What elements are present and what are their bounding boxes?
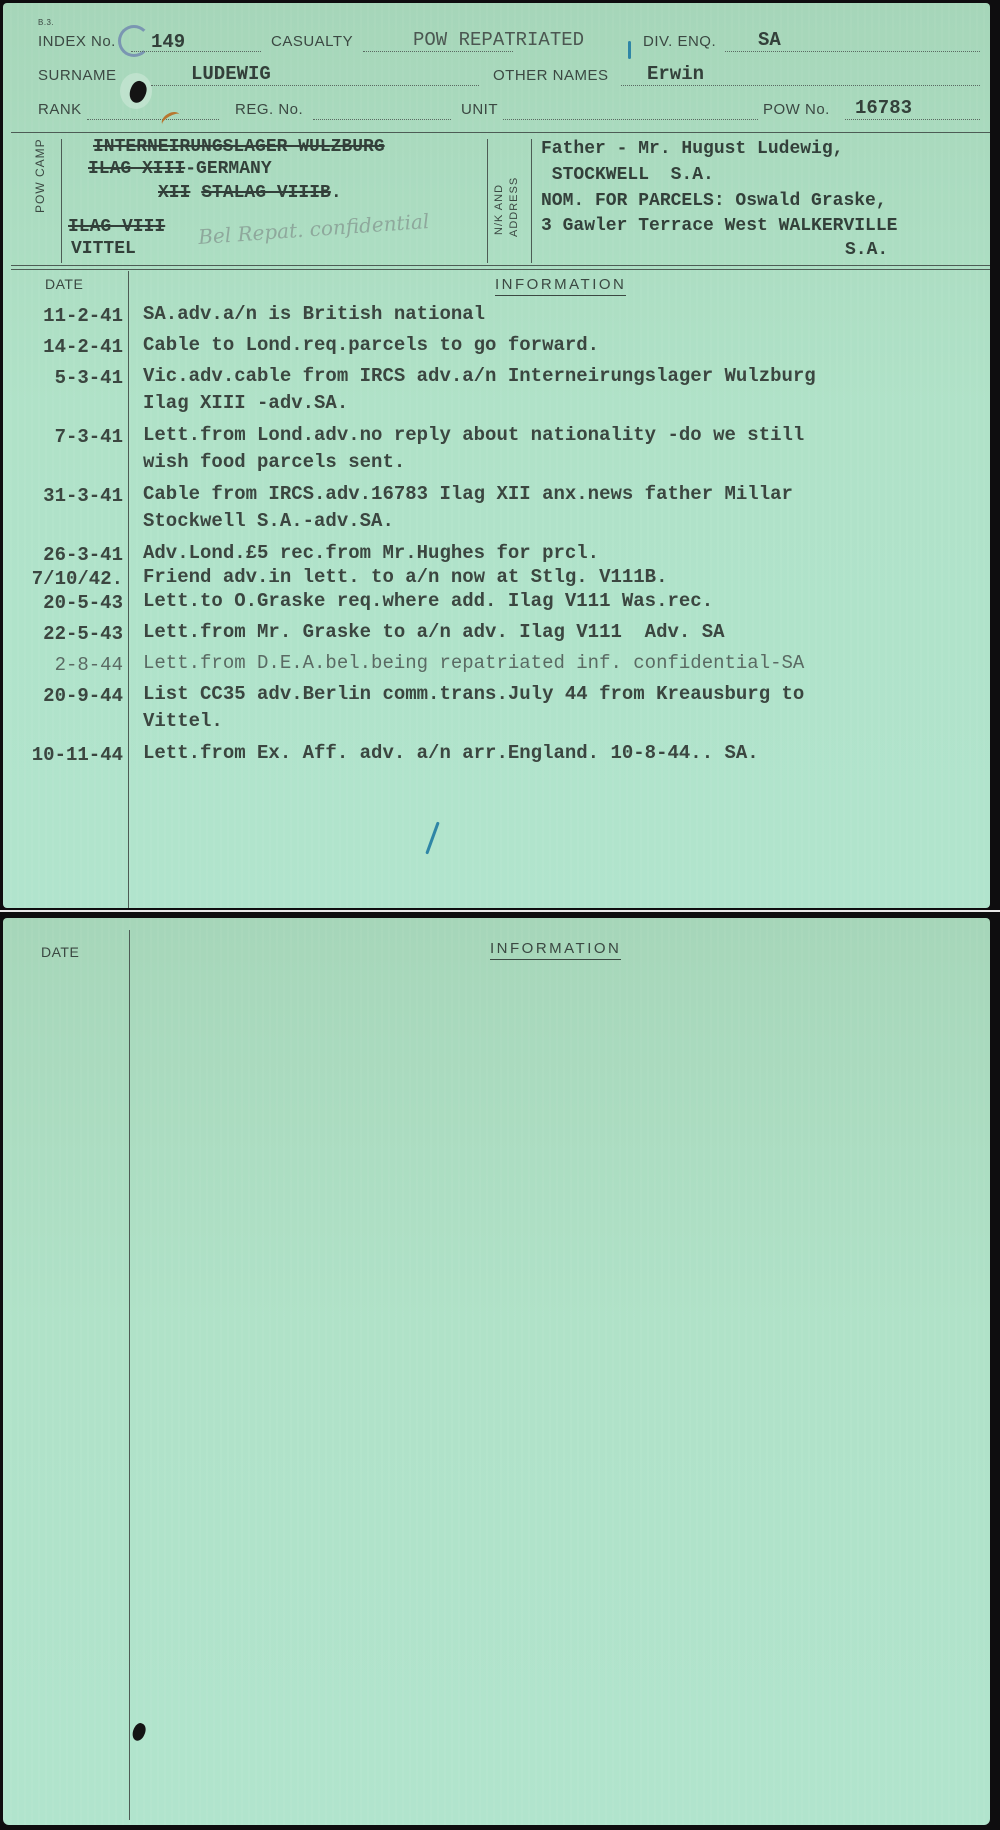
log-entry-text: Lett.from Lond.adv.no reply about nation… (143, 422, 804, 476)
section-divider-3 (11, 269, 990, 270)
casualty-label: CASUALTY (271, 33, 353, 50)
pow-camp-line-2-struck: ILAG XIII (88, 159, 185, 179)
section-divider (11, 132, 990, 133)
blue-pen-stroke (425, 822, 439, 855)
div-enq-dotted-line (725, 51, 980, 52)
log-entry-text: SA.adv.a/n is British national (143, 301, 485, 328)
surname-dotted-line (151, 85, 479, 86)
pow-no-dotted-line (845, 119, 980, 120)
pen-mark-c (118, 25, 150, 57)
pow-camp-line-4: ILAG VIII (68, 217, 165, 237)
log-entry-date: 31-3-41 (43, 485, 123, 507)
blue-pen-tick (628, 41, 631, 59)
log-entry-text: Vic.adv.cable from IRCS adv.a/n Internei… (143, 363, 816, 417)
punch-hole (130, 1721, 148, 1742)
log-entry-text: Cable to Lond.req.parcels to go forward. (143, 332, 599, 359)
nk-label-1: N/K AND (493, 184, 505, 235)
nk-label-2: ADDRESS (508, 177, 520, 237)
nk-line-1: Father - Mr. Hugust Ludewig, (541, 139, 843, 159)
rank-label: RANK (38, 101, 82, 118)
log-entry-date: 11-2-41 (43, 305, 123, 327)
form-code: B.3. (38, 18, 54, 27)
log-entry-text: List CC35 adv.Berlin comm.trans.July 44 … (143, 681, 804, 735)
information-header: INFORMATION (495, 276, 626, 296)
log-entry-text: Lett.from Ex. Aff. adv. a/n arr.England.… (143, 740, 759, 767)
date-column-rule (128, 271, 129, 908)
reg-no-label: REG. No. (235, 101, 303, 118)
information-header: INFORMATION (490, 940, 621, 960)
pow-camp-line-3-struck-2: STALAG VIIIB (201, 183, 331, 203)
pow-camp-line-5: VITTEL (71, 239, 136, 259)
date-header: DATE (45, 276, 83, 292)
pow-camp-line-3-struck: XII (158, 183, 190, 203)
rust-stain (159, 109, 183, 130)
nk-left-rule (487, 139, 488, 263)
index-value: 149 (151, 31, 185, 53)
unit-dotted-line (503, 119, 758, 120)
nk-line-4: 3 Gawler Terrace West WALKERVILLE (541, 216, 897, 236)
other-names-value: Erwin (647, 63, 704, 85)
pow-camp-label: POW CAMP (33, 138, 47, 213)
log-entry-text: Lett.from Mr. Graske to a/n adv. Ilag V1… (143, 619, 725, 646)
div-enq-value: SA (758, 29, 781, 51)
log-entry-date: 5-3-41 (55, 367, 123, 389)
pow-camp-line-2-suffix: -GERMANY (185, 159, 271, 179)
pow-camp-line-2: ILAG XIII-GERMANY (88, 159, 272, 179)
record-card-back: DATE INFORMATION (3, 918, 990, 1825)
other-names-label: OTHER NAMES (493, 67, 609, 84)
log-entry-date: 2-8-44 (55, 654, 123, 676)
surname-label: SURNAME (38, 67, 117, 84)
log-entry-date: 22-5-43 (43, 623, 123, 645)
pow-no-label: POW No. (763, 101, 830, 118)
section-divider-2 (11, 265, 990, 266)
log-entry-text: Lett.to O.Graske req.where add. Ilag V11… (143, 588, 713, 615)
nk-line-3: NOM. FOR PARCELS: Oswald Graske, (541, 191, 887, 211)
pow-camp-line-3-end: . (331, 183, 342, 203)
index-label: INDEX No. (38, 33, 116, 50)
pencil-note: Bel Repat. confidential (197, 209, 430, 249)
nk-right-rule (531, 139, 532, 263)
reg-no-dotted-line (313, 119, 451, 120)
casualty-dotted-line (363, 51, 513, 52)
log-entry-date: 10-11-44 (32, 744, 123, 766)
surname-value: LUDEWIG (191, 63, 271, 85)
log-entry-text: Lett.from D.E.A.bel.being repatriated in… (143, 650, 804, 677)
pow-camp-line-1: INTERNEIRUNGSLAGER WULZBURG (93, 137, 385, 157)
log-entry-text: Friend adv.in lett. to a/n now at Stlg. … (143, 564, 668, 591)
casualty-value: POW REPATRIATED (413, 29, 584, 51)
log-entry-text: Cable from IRCS.adv.16783 Ilag XII anx.n… (143, 481, 793, 535)
date-column-rule (129, 930, 130, 1820)
nk-line-2: STOCKWELL S.A. (541, 165, 714, 185)
other-names-dotted-line (621, 85, 980, 86)
rank-dotted-line (87, 119, 219, 120)
log-entry-text: Adv.Lond.£5 rec.from Mr.Hughes for prcl. (143, 540, 599, 567)
date-header: DATE (41, 944, 79, 960)
log-entry-date: 7/10/42. (32, 568, 123, 590)
log-entry-date: 20-9-44 (43, 685, 123, 707)
log-entry-date: 26-3-41 (43, 544, 123, 566)
pow-no-value: 16783 (855, 97, 912, 119)
pow-camp-rule (61, 139, 62, 263)
pow-camp-line-3: XII STALAG VIIIB. (158, 183, 342, 203)
unit-label: UNIT (461, 101, 498, 118)
log-entry-date: 20-5-43 (43, 592, 123, 614)
card-separator (0, 910, 1000, 912)
nk-line-5: S.A. (845, 240, 888, 260)
log-entry-date: 14-2-41 (43, 336, 123, 358)
record-card-front: B.3. INDEX No. 149 CASUALTY POW REPATRIA… (3, 3, 990, 908)
log-entry-date: 7-3-41 (55, 426, 123, 448)
div-enq-label: DIV. ENQ. (643, 33, 716, 50)
